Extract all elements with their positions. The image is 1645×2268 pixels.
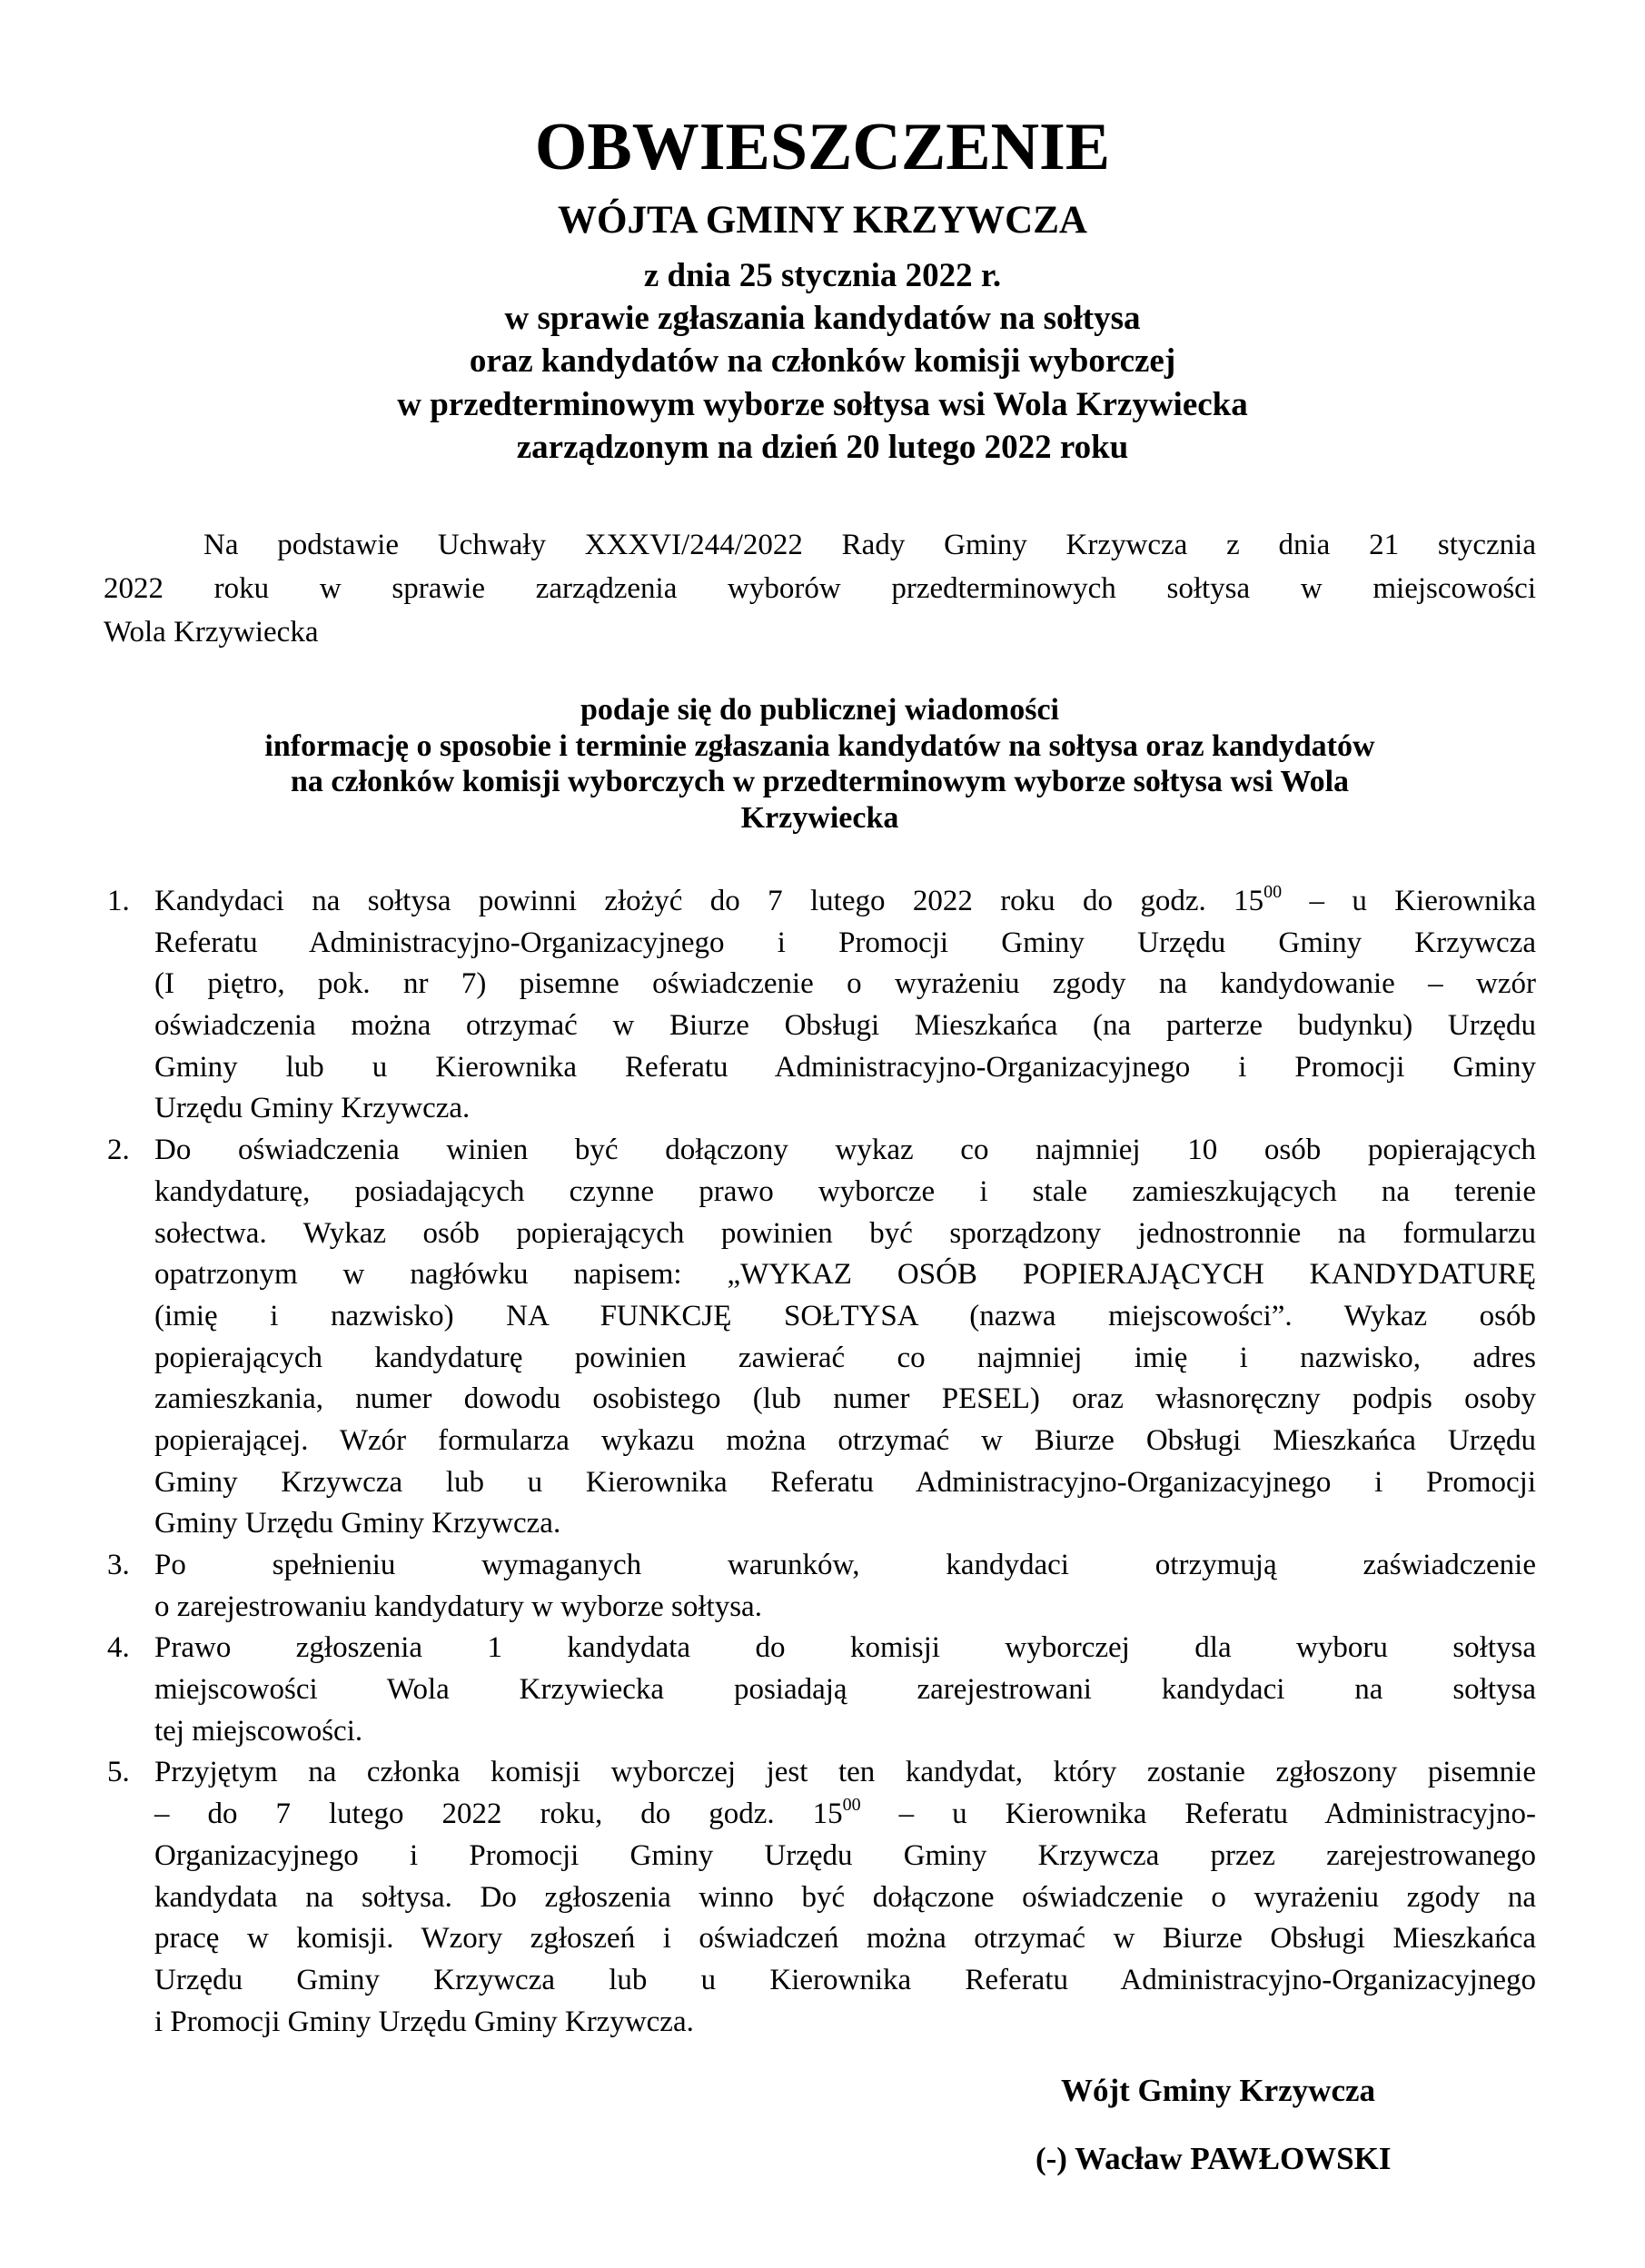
subject-line: oraz kandydatów na członków komisji wybo…	[0, 340, 1645, 382]
subject-line: w przedterminowym wyborze sołtysa wsi Wo…	[0, 383, 1645, 426]
document-subject: z dnia 25 stycznia 2022 r. w sprawie zgł…	[0, 254, 1645, 469]
list-item-line: Gminy Krzywcza lub u Kierownika Referatu…	[154, 1462, 1536, 1504]
list-item-line: Gminy Urzędu Gminy Krzywcza.	[154, 1503, 1536, 1545]
document-issuer: WÓJTA GMINY KRZYWCZA	[0, 198, 1645, 243]
notice-document: OBWIESZCZENIE WÓJTA GMINY KRZYWCZA z dni…	[0, 0, 1645, 2268]
document-date: z dnia 25 stycznia 2022 r.	[0, 254, 1645, 297]
list-item-line: Organizacyjnego i Promocji Gminy Urzędu …	[154, 1836, 1536, 1877]
list-item: 1.Kandydaci na sołtysa powinni złożyć do…	[104, 881, 1536, 1130]
list-item-line: tej miejscowości.	[154, 1711, 1536, 1753]
list-item: 3.Po spełnieniu wymaganych warunków, kan…	[104, 1545, 1536, 1628]
announcement-line: informację o sposobie i terminie zgłasza…	[104, 728, 1536, 765]
announcement-line: na członków komisji wyborczych w przedte…	[104, 764, 1536, 800]
list-item-line: zamieszkania, numer dowodu osobistego (l…	[154, 1379, 1536, 1421]
list-item-line: Referatu Administracyjno-Organizacyjnego…	[154, 923, 1536, 965]
list-item: 5.Przyjętym na członka komisji wyborczej…	[104, 1752, 1536, 2043]
list-item-line: Urzędu Gminy Krzywcza.	[154, 1088, 1536, 1130]
signature-title: Wójt Gminy Krzywcza	[1061, 2073, 1375, 2109]
list-item-line: Do oświadczenia winien być dołączony wyk…	[154, 1130, 1536, 1172]
intro-line: 2022 roku w sprawie zarządzenia wyborów …	[104, 567, 1536, 610]
list-item-number: 4.	[107, 1628, 130, 1669]
list-item-line: – do 7 lutego 2022 roku, do godz. 1500 –…	[154, 1794, 1536, 1836]
intro-line: Wola Krzywiecka	[104, 610, 1536, 654]
list-item-line: kandydata na sołtysa. Do zgłoszenia winn…	[154, 1877, 1536, 1919]
list-item-number: 5.	[107, 1752, 130, 1794]
list-item-line: Prawo zgłoszenia 1 kandydata do komisji …	[154, 1628, 1536, 1669]
intro-line: Na podstawie Uchwały XXXVI/244/2022 Rady…	[104, 523, 1536, 567]
numbered-list: 1.Kandydaci na sołtysa powinni złożyć do…	[104, 881, 1536, 2043]
subject-line: w sprawie zgłaszania kandydatów na sołty…	[0, 297, 1645, 340]
list-item-line: popierającej. Wzór formularza wykazu moż…	[154, 1421, 1536, 1462]
list-item: 2.Do oświadczenia winien być dołączony w…	[104, 1130, 1536, 1545]
list-item-line: opatrzonym w nagłówku napisem: „WYKAZ OS…	[154, 1254, 1536, 1296]
list-item-line: miejscowości Wola Krzywiecka posiadają z…	[154, 1669, 1536, 1711]
list-item-line: kandydaturę, posiadających czynne prawo …	[154, 1172, 1536, 1213]
document-title: OBWIESZCZENIE	[0, 111, 1645, 183]
list-item-number: 3.	[107, 1545, 130, 1587]
list-item-line: Kandydaci na sołtysa powinni złożyć do 7…	[154, 881, 1536, 923]
list-item-line: i Promocji Gminy Urzędu Gminy Krzywcza.	[154, 2002, 1536, 2044]
signature-name: (-) Wacław PAWŁOWSKI	[1036, 2141, 1392, 2177]
list-item-number: 2.	[107, 1130, 130, 1172]
list-item-line: (imię i nazwisko) NA FUNKCJĘ SOŁTYSA (na…	[154, 1296, 1536, 1338]
announcement-heading: podaje się do publicznej wiadomości info…	[104, 692, 1536, 836]
list-item-line: o zarejestrowaniu kandydatury w wyborze …	[154, 1587, 1536, 1629]
subject-line: zarządzonym na dzień 20 lutego 2022 roku	[0, 426, 1645, 469]
list-item-line: Gminy lub u Kierownika Referatu Administ…	[154, 1047, 1536, 1089]
list-item: 4.Prawo zgłoszenia 1 kandydata do komisj…	[104, 1628, 1536, 1752]
intro-paragraph: Na podstawie Uchwały XXXVI/244/2022 Rady…	[104, 523, 1536, 654]
list-item-line: pracę w komisji. Wzory zgłoszeń i oświad…	[154, 1918, 1536, 1960]
list-item-line: sołectwa. Wykaz osób popierających powin…	[154, 1213, 1536, 1255]
list-item-line: oświadczenia można otrzymać w Biurze Obs…	[154, 1005, 1536, 1047]
list-item-line: Po spełnieniu wymaganych warunków, kandy…	[154, 1545, 1536, 1587]
announcement-line: Krzywiecka	[104, 800, 1536, 837]
list-item-line: popierających kandydaturę powinien zawie…	[154, 1338, 1536, 1380]
announcement-line: podaje się do publicznej wiadomości	[104, 692, 1536, 728]
list-item-line: (I piętro, pok. nr 7) pisemne oświadczen…	[154, 964, 1536, 1005]
list-item-number: 1.	[107, 881, 130, 923]
list-item-line: Przyjętym na członka komisji wyborczej j…	[154, 1752, 1536, 1794]
list-item-line: Urzędu Gminy Krzywcza lub u Kierownika R…	[154, 1960, 1536, 2002]
